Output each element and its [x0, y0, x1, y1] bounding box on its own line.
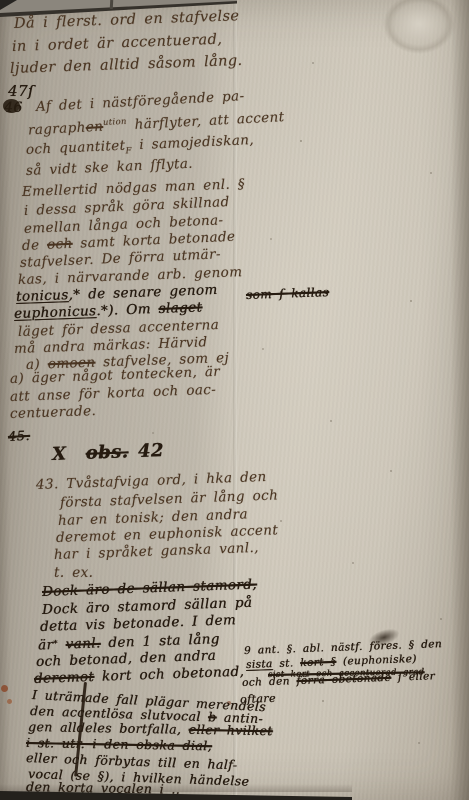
bottom-edge-shadow [0, 784, 352, 792]
manuscript-line: in i ordet är accentuerad, [12, 32, 223, 55]
section-number: 47ſ [8, 82, 34, 100]
manuscript-text-layer: Då i flerst. ord en stafvelsein i ordet … [0, 0, 469, 800]
section-number: 45. [8, 429, 31, 445]
manuscript-photo: Då i flerst. ord en stafvelsein i ordet … [0, 0, 469, 800]
ink-blot [3, 99, 20, 113]
section-heading: X obs. 42 [52, 440, 164, 465]
manuscript-line: Då i flerst. ord en stafvelse [14, 8, 240, 32]
margin-note: oftare [240, 692, 276, 706]
manuscript-line: t. ex. [54, 565, 93, 581]
margin-note: som ſ kallas [246, 285, 329, 302]
manuscript-line: ljuder den alltid såsom lång. [10, 53, 243, 77]
manuscript-line: centuerade. [10, 403, 97, 422]
manuscript-line: så vidt ske kan ſflyta. [26, 156, 194, 179]
